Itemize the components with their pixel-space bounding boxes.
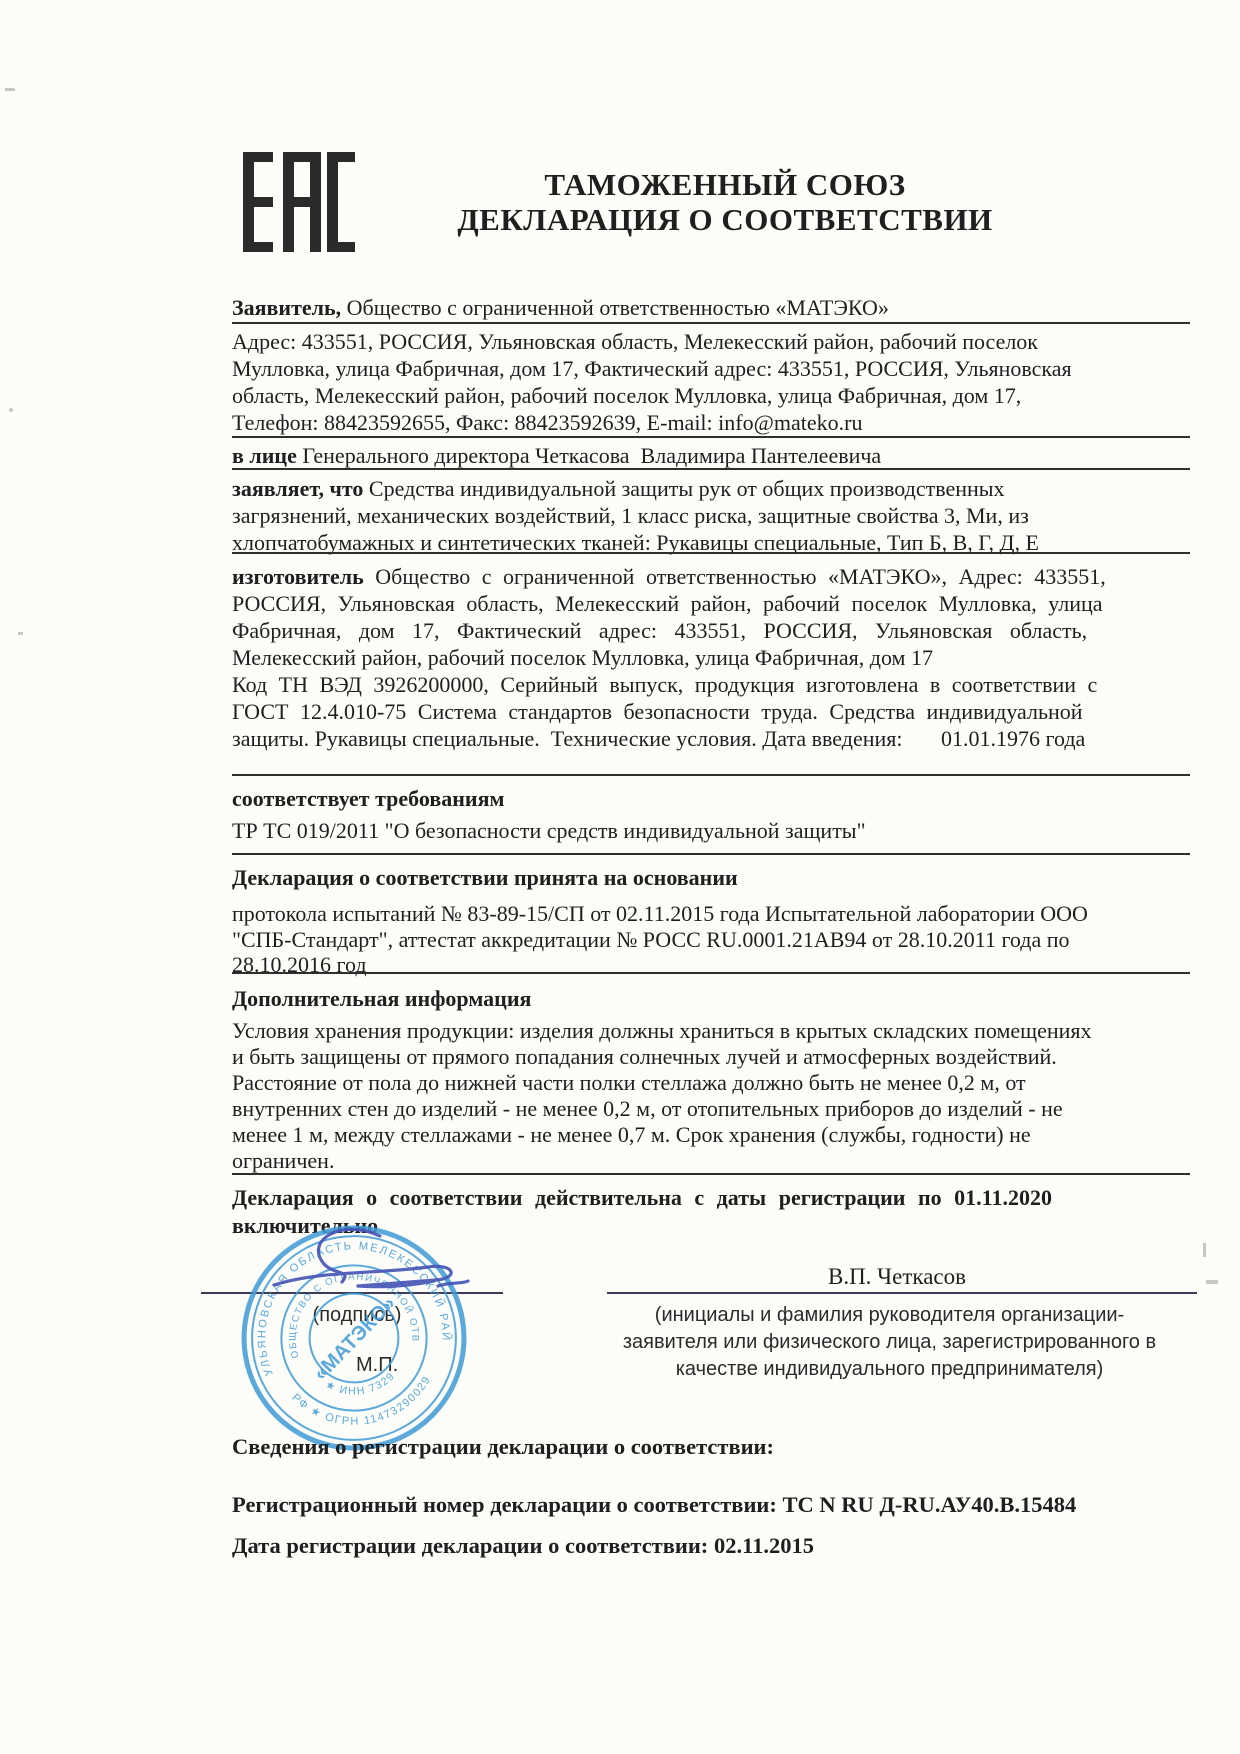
registration-date-label: Дата регистрации декларации о соответств… (232, 1533, 708, 1558)
registration-number-row: Регистрационный номер декларации о соотв… (232, 1492, 1190, 1518)
section-divider (232, 972, 1190, 974)
storage-conditions-line: ограничен. (232, 1148, 1190, 1174)
registration-date-row: Дата регистрации декларации о соответств… (232, 1533, 1190, 1559)
handwritten-signature (262, 1222, 477, 1310)
declares-text: Средства индивидуальной защиты рук от об… (369, 476, 1005, 501)
section-divider (232, 436, 1190, 438)
section-divider (232, 853, 1190, 855)
validity-line: Декларация о соответствии действительна … (232, 1184, 1190, 1211)
applicant-value: Общество с ограниченной ответственностью… (347, 295, 889, 320)
scan-artifact (1206, 1280, 1218, 1284)
declares-label: заявляет, что (232, 476, 363, 501)
registration-number-value: ТС N RU Д-RU.АУ40.В.15484 (783, 1492, 1077, 1517)
gost-line: защиты. Рукавицы специальные. Технически… (232, 725, 1190, 752)
registration-number-label: Регистрационный номер декларации о соотв… (232, 1492, 777, 1517)
storage-conditions-line: внутренних стен до изделий - не менее 0,… (232, 1096, 1190, 1122)
signature-stroke-icon (262, 1222, 477, 1310)
conformity-value: ТР ТС 019/2011 "О безопасности средств и… (232, 817, 1190, 844)
manufacturer-block: изготовитель Общество с ограниченной отв… (232, 563, 1190, 752)
document-title: ТАМОЖЕННЫЙ СОЮЗ ДЕКЛАРАЦИЯ О СООТВЕТСТВИ… (225, 167, 1225, 237)
applicant-address-block: Адрес: 433551, РОССИЯ, Ульяновская облас… (232, 328, 1190, 436)
basis-line: "СПБ-Стандарт", аттестат аккредитации № … (232, 927, 1190, 953)
storage-conditions-line: и быть защищены от прямого попадания сол… (232, 1044, 1190, 1070)
scan-artifact (5, 88, 15, 91)
manufacturer-text: Общество с ограниченной ответственностью… (375, 564, 1106, 589)
manufacturer-label: изготовитель (232, 564, 364, 589)
storage-conditions-line: Расстояние от пола до нижней части полки… (232, 1070, 1190, 1096)
manufacturer-line: Мелекесский район, рабочий поселок Мулло… (232, 644, 1190, 671)
manufacturer-line: РОССИЯ, Ульяновская область, Мелекесский… (232, 590, 1190, 617)
in-person-label: в лице (232, 443, 297, 468)
basis-line: протокола испытаний № 83-89-15/СП от 02.… (232, 901, 1190, 927)
section-divider (232, 1173, 1190, 1175)
name-caption-line: (инициалы и фамилия руководителя организ… (602, 1302, 1177, 1329)
basis-block: протокола испытаний № 83-89-15/СП от 02.… (232, 901, 1190, 978)
section-divider (232, 774, 1190, 776)
name-caption-line: заявителя или физического лица, зарегист… (602, 1329, 1177, 1356)
declares-block: заявляет, что Средства индивидуальной за… (232, 475, 1190, 556)
scan-artifact (1203, 1243, 1206, 1257)
title-line-2: ДЕКЛАРАЦИЯ О СООТВЕТСТВИИ (225, 202, 1225, 237)
additional-info-heading: Дополнительная информация (232, 985, 1190, 1012)
address-line: Мулловка, улица Фабричная, дом 17, Факти… (232, 355, 1190, 382)
scan-artifact (18, 632, 23, 635)
declaration-document-page: ТАМОЖЕННЫЙ СОЮЗ ДЕКЛАРАЦИЯ О СООТВЕТСТВИ… (0, 0, 1240, 1754)
section-divider (232, 322, 1190, 324)
tnved-code-line: Код ТН ВЭД 3926200000, Серийный выпуск, … (232, 671, 1190, 698)
additional-info-block: Условия хранения продукции: изделия долж… (232, 1018, 1190, 1174)
scan-artifact (9, 408, 13, 412)
executive-name: В.П. Четкасов (737, 1264, 1057, 1290)
address-line: Телефон: 88423592655, Факс: 88423592639,… (232, 409, 1190, 436)
manufacturer-line: Фабричная, дом 17, Фактический адрес: 43… (232, 617, 1190, 644)
storage-conditions-line: Условия хранения продукции: изделия долж… (232, 1018, 1190, 1044)
address-line: область, Мелекесский район, рабочий посе… (232, 382, 1190, 409)
storage-conditions-line: менее 1 м, между стеллажами - не менее 0… (232, 1122, 1190, 1148)
registration-heading: Сведения о регистрации декларации о соот… (232, 1434, 1190, 1460)
section-divider (232, 468, 1190, 470)
registration-date-value: 02.11.2015 (714, 1533, 814, 1558)
address-line: Адрес: 433551, РОССИЯ, Ульяновская облас… (232, 328, 1190, 355)
conformity-heading: соответствует требованиям (232, 785, 1190, 812)
applicant-row: Заявитель, Общество с ограниченной ответ… (232, 294, 1190, 321)
in-person-value: Генерального директора Четкасова Владими… (302, 443, 881, 468)
declares-line: загрязнений, механических воздействий, 1… (232, 502, 1190, 529)
basis-heading: Декларация о соответствии принята на осн… (232, 864, 1190, 891)
section-divider (232, 552, 1190, 554)
applicant-label: Заявитель, (232, 295, 341, 320)
in-person-row: в лице Генерального директора Четкасова … (232, 442, 1190, 469)
title-line-1: ТАМОЖЕННЫЙ СОЮЗ (225, 167, 1225, 202)
gost-line: ГОСТ 12.4.010-75 Система стандартов безо… (232, 698, 1190, 725)
name-caption: (инициалы и фамилия руководителя организ… (602, 1302, 1177, 1383)
name-caption-line: качестве индивидуального предпринимателя… (602, 1356, 1177, 1383)
signature-line-right (607, 1292, 1197, 1294)
